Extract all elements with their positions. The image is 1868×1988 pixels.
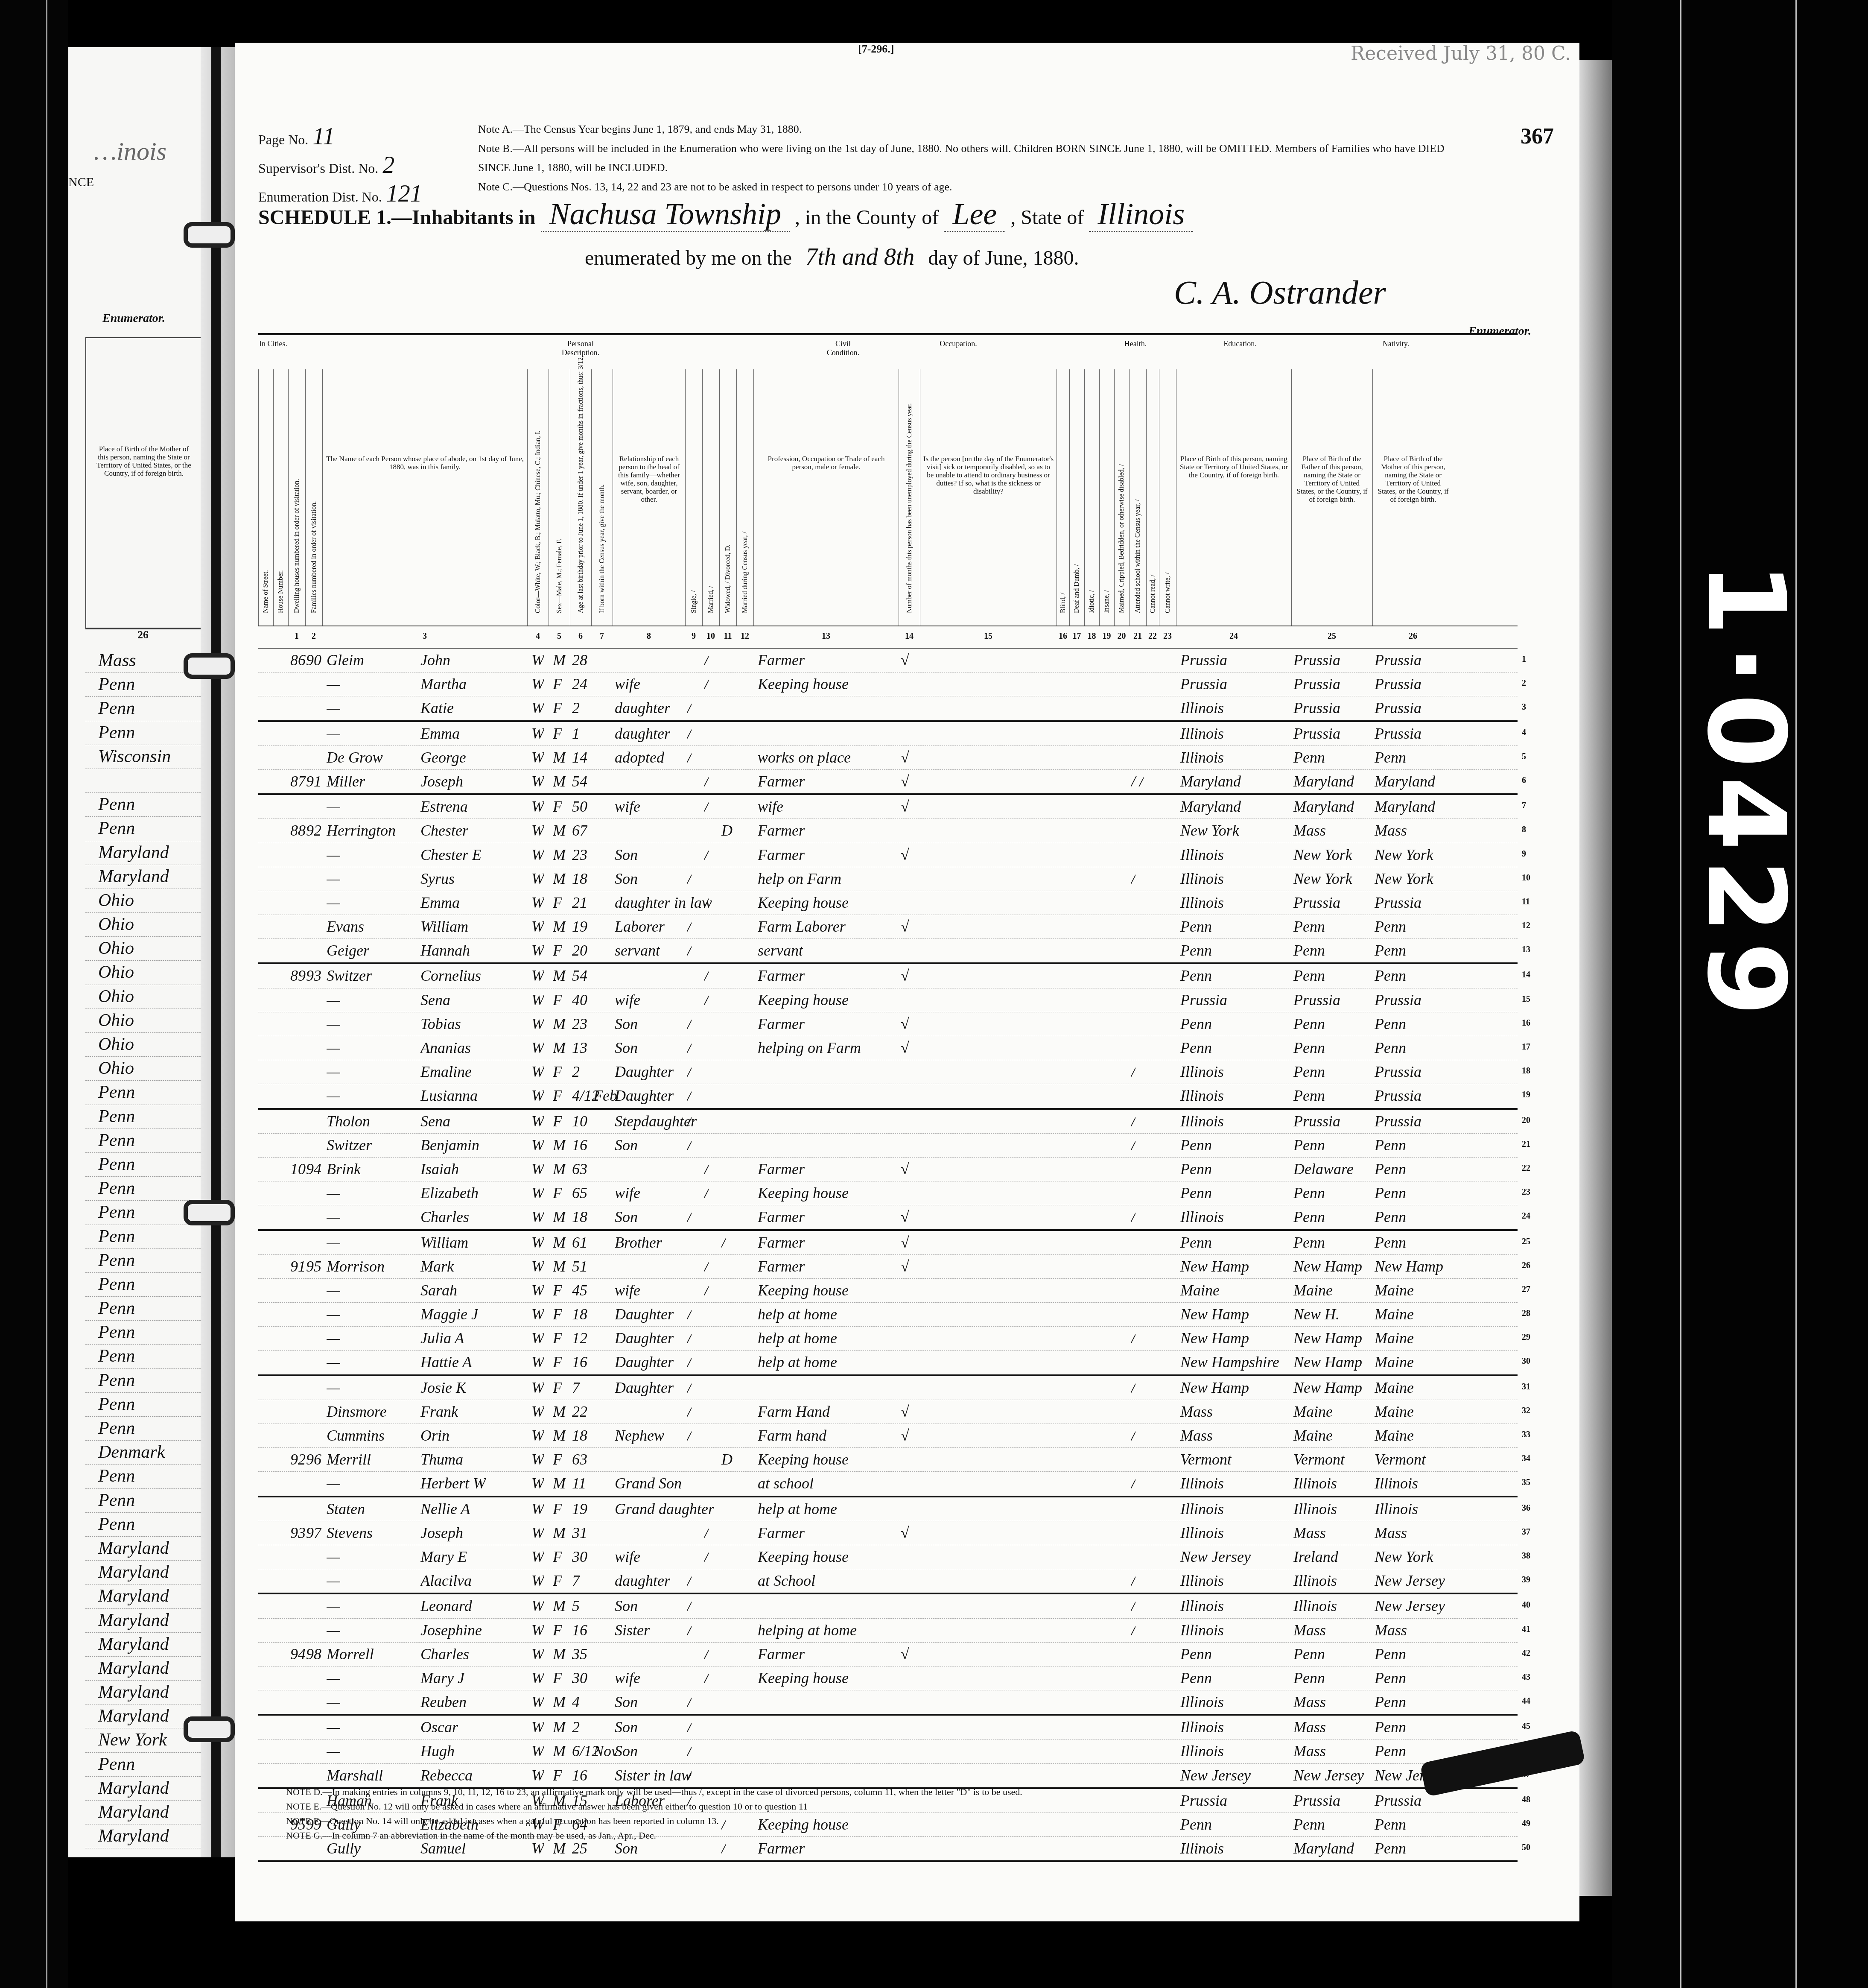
occupation: servant — [758, 941, 803, 959]
civil-condition-mark: / — [687, 1427, 692, 1444]
birthplace: New Hampshire — [1180, 1353, 1279, 1371]
surname: Gleim — [327, 651, 364, 669]
age: 61 — [572, 1234, 587, 1251]
age: 30 — [572, 1548, 587, 1566]
stub-mother-birthplace: Penn — [85, 697, 201, 721]
family-number: 90 — [306, 651, 321, 669]
given-name: Emaline — [420, 1063, 472, 1081]
mother-birthplace: Penn — [1375, 1136, 1406, 1154]
relationship: Sister in law — [615, 1766, 692, 1784]
given-name: Syrus — [420, 870, 455, 888]
dwelling-number: 94 — [290, 1645, 306, 1663]
family-number: 93 — [306, 967, 321, 985]
column-number: 5 — [549, 631, 570, 641]
mother-birthplace: Prussia — [1375, 1087, 1421, 1105]
birthplace: Illinois — [1180, 725, 1224, 743]
family-number: 94 — [306, 1160, 321, 1178]
census-table: In Cities. Personal Description. Civil C… — [258, 333, 1518, 1862]
stub-mother-birthplace: Penn — [85, 1129, 201, 1153]
stub-mother-birthplace: Maryland — [85, 1777, 201, 1801]
table-row: 8690GleimJohnWM28Farmer√PrussiaPrussiaPr… — [258, 649, 1518, 672]
relationship: daughter — [615, 699, 670, 717]
column-number: 19 — [1099, 631, 1114, 641]
column-number: 8 — [613, 631, 685, 641]
father-birthplace: Penn — [1293, 1184, 1325, 1202]
father-birthplace: Mass — [1293, 1621, 1326, 1639]
given-name: Martha — [420, 675, 467, 693]
civil-condition-mark: / — [687, 1742, 692, 1760]
age: 10 — [572, 1112, 587, 1130]
table-row: —WilliamWM61BrotherFarmer√PennPennPenn/2… — [258, 1231, 1518, 1255]
father-birthplace: Illinois — [1293, 1500, 1337, 1518]
relationship: wife — [615, 1669, 640, 1687]
line-number: 35 — [1522, 1478, 1530, 1488]
sex: F — [553, 1112, 562, 1130]
column-number: 3 — [322, 631, 527, 641]
stub-mother-birthplace: Penn — [85, 1417, 201, 1441]
sex: M — [553, 748, 566, 766]
age: 18 — [572, 870, 587, 888]
sex: M — [553, 1234, 566, 1251]
birthplace: Penn — [1180, 1234, 1212, 1251]
age: 18 — [572, 1427, 587, 1444]
father-birthplace: Prussia — [1293, 651, 1340, 669]
given-name: Emma — [420, 894, 460, 912]
surname: — — [327, 1184, 340, 1202]
stub-mother-birthplace: Penn — [85, 1081, 201, 1105]
given-name: Ananias — [420, 1039, 471, 1057]
birthplace: Penn — [1180, 1160, 1212, 1178]
occupation: works on place — [758, 748, 851, 766]
civil-condition-mark: / — [687, 1621, 692, 1639]
microfilm-left-margin — [0, 0, 68, 1988]
sex: F — [553, 894, 562, 912]
sex: M — [553, 846, 566, 864]
months-unemployed: √ — [901, 1427, 909, 1444]
note-g: NOTE G.—In column 7 an abbreviation in t… — [286, 1828, 1022, 1843]
stub-mother-birthplace: Penn — [85, 1225, 201, 1249]
father-birthplace: Penn — [1293, 1015, 1325, 1033]
sex: F — [553, 1621, 562, 1639]
column-number: 12 — [736, 631, 753, 641]
father-birthplace: New Hamp — [1293, 1379, 1362, 1397]
given-name: Hannah — [420, 941, 470, 959]
color: W — [531, 1669, 544, 1687]
occupation: help on Farm — [758, 870, 841, 888]
occupation: help at home — [758, 1329, 837, 1347]
family-number: 97 — [306, 1524, 321, 1542]
occupation: Farm Laborer — [758, 918, 846, 936]
occupation: Keeping house — [758, 894, 849, 912]
birthplace: Prussia — [1180, 675, 1227, 693]
civil-condition-mark: / — [704, 967, 709, 985]
birthplace: Prussia — [1180, 651, 1227, 669]
father-birthplace: Penn — [1293, 1816, 1325, 1833]
stub-column-header: Place of Birth of the Mother of this per… — [85, 337, 201, 629]
enumerated-suffix: day of June, 1880. — [928, 247, 1079, 269]
table-row: —LeonardWM5Son/IllinoisIllinoisNew Jerse… — [258, 1594, 1518, 1618]
given-name: Frank — [420, 1403, 458, 1421]
relationship: Daughter — [615, 1379, 674, 1397]
stub-mother-birthplace: Penn — [85, 1273, 201, 1297]
father-birthplace: Penn — [1293, 748, 1325, 766]
mother-birthplace: Penn — [1375, 1669, 1406, 1687]
line-number: 49 — [1522, 1819, 1530, 1829]
relationship: adopted — [615, 748, 664, 766]
color: W — [531, 1160, 544, 1178]
surname: — — [327, 1234, 340, 1251]
state-value: Illinois — [1089, 197, 1193, 232]
surname: — — [327, 1015, 340, 1033]
family-number: 96 — [306, 1450, 321, 1468]
table-row: —JosephineWF16Sisterhelping at home/Illi… — [258, 1619, 1518, 1643]
given-name: George — [420, 748, 466, 766]
stub-mother-birthplace: Ohio — [85, 889, 201, 913]
table-row: SwitzerBenjaminWM16Son/PennPennPenn/21 — [258, 1134, 1518, 1158]
mother-birthplace: Penn — [1375, 1039, 1406, 1057]
table-row: —TobiasWM23SonFarmer√PennPennPenn/16 — [258, 1012, 1518, 1036]
given-name: Tobias — [420, 1015, 461, 1033]
column-header: Blind, / — [1057, 369, 1069, 626]
surname: — — [327, 1281, 340, 1299]
civil-condition-mark: / — [687, 748, 692, 766]
given-name: Julia A — [420, 1329, 464, 1347]
civil-condition-mark: / — [704, 846, 709, 864]
column-number: 14 — [899, 631, 920, 641]
column-number: 13 — [753, 631, 899, 641]
surname: — — [327, 1742, 340, 1760]
age: 67 — [572, 822, 587, 839]
civil-condition-mark: / — [704, 1257, 709, 1275]
stub-mother-birthplace: Penn — [85, 1249, 201, 1273]
father-birthplace: Maryland — [1293, 772, 1354, 790]
column-header: Widowed, / Divorced, D. — [719, 369, 736, 626]
age: 54 — [572, 967, 587, 985]
father-birthplace: Prussia — [1293, 675, 1340, 693]
surname: — — [327, 798, 340, 816]
color: W — [531, 1379, 544, 1397]
birthplace: Penn — [1180, 967, 1212, 985]
mother-birthplace: New Jersey — [1375, 1597, 1445, 1615]
civil-condition-mark: / — [704, 1281, 709, 1299]
line-number: 34 — [1522, 1454, 1530, 1464]
mother-birthplace: New York — [1375, 846, 1433, 864]
civil-condition-mark: / — [704, 1645, 709, 1663]
column-number: 25 — [1291, 631, 1372, 641]
mother-birthplace: New York — [1375, 870, 1433, 888]
father-birthplace: Prussia — [1293, 699, 1340, 717]
mother-birthplace: Mass — [1375, 1524, 1407, 1542]
footer-notes: NOTE D.—In making entries in columns 9, … — [286, 1785, 1022, 1843]
sex: F — [553, 941, 562, 959]
surname: — — [327, 1597, 340, 1615]
color: W — [531, 1329, 544, 1347]
table-row: —Mary JWF30wifeKeeping housePennPennPenn… — [258, 1666, 1518, 1690]
father-birthplace: Penn — [1293, 967, 1325, 985]
sex: M — [553, 870, 566, 888]
relationship: Son — [615, 870, 638, 888]
surname: Evans — [327, 918, 364, 936]
surname: — — [327, 1353, 340, 1371]
table-row: —SarahWF45wifeKeeping houseMaineMaineMai… — [258, 1279, 1518, 1303]
birthplace: Penn — [1180, 1015, 1212, 1033]
father-birthplace: Mass — [1293, 1718, 1326, 1736]
mother-birthplace: Penn — [1375, 1208, 1406, 1226]
group-health: Health. — [1061, 339, 1210, 348]
schedule-label: SCHEDULE 1.—Inhabitants in — [258, 206, 536, 229]
birthplace: Illinois — [1180, 1500, 1224, 1518]
color: W — [531, 1766, 544, 1784]
table-row: —Mary EWF30wifeKeeping houseNew JerseyIr… — [258, 1545, 1518, 1569]
color: W — [531, 651, 544, 669]
sex: M — [553, 1693, 566, 1711]
civil-condition-mark: / — [704, 798, 709, 816]
stub-mother-birthplace: Penn — [85, 1105, 201, 1129]
state-label: , State of — [1010, 206, 1084, 229]
civil-condition-mark: / — [704, 651, 709, 669]
table-row: GeigerHannahWF20servantservantPennPennPe… — [258, 939, 1518, 964]
occupation: Keeping house — [758, 675, 849, 693]
column-header: House Number. — [273, 369, 288, 626]
relationship: Laborer — [615, 918, 665, 936]
mother-birthplace: Penn — [1375, 1816, 1406, 1833]
given-name: Hattie A — [420, 1353, 472, 1371]
sex: M — [553, 1718, 566, 1736]
father-birthplace: Penn — [1293, 1208, 1325, 1226]
age: 21 — [572, 894, 587, 912]
occupation: help at home — [758, 1353, 837, 1371]
table-row: —Julia AWF12Daughterhelp at home/New Ham… — [258, 1327, 1518, 1351]
relationship: Sister — [615, 1621, 650, 1639]
color: W — [531, 1087, 544, 1105]
line-number: 39 — [1522, 1575, 1530, 1585]
birthplace: Penn — [1180, 941, 1212, 959]
column-number: 9 — [685, 631, 702, 641]
relationship: Son — [615, 846, 638, 864]
surname: Tholon — [327, 1112, 370, 1130]
relationship: Son — [615, 1742, 638, 1760]
sex: M — [553, 1136, 566, 1154]
line-number: 25 — [1522, 1237, 1530, 1247]
page-stamp-number: 367 — [1521, 124, 1554, 149]
group-in-cities: In Cities. — [258, 339, 288, 348]
civil-condition-mark: / — [704, 772, 709, 790]
attended-school: / — [1131, 1208, 1135, 1226]
age: 2 — [572, 1718, 580, 1736]
mother-birthplace: Penn — [1375, 1160, 1406, 1178]
months-unemployed: √ — [901, 918, 909, 936]
surname: Brink — [327, 1160, 361, 1178]
group-occupation: Occupation. — [869, 339, 1048, 348]
column-header: Place of Birth of this person, naming St… — [1176, 369, 1291, 626]
line-number: 28 — [1522, 1309, 1530, 1319]
column-header: Idiotic, / — [1084, 369, 1099, 626]
birthplace: Illinois — [1180, 1087, 1224, 1105]
given-name: Josie K — [420, 1379, 466, 1397]
line-number: 37 — [1522, 1527, 1530, 1537]
binder-ring — [184, 222, 235, 248]
sex: M — [553, 1039, 566, 1057]
sex: F — [553, 1329, 562, 1347]
microfilm-right-margin: 1·0429 — [1612, 0, 1868, 1988]
mother-birthplace: Prussia — [1375, 1112, 1421, 1130]
mother-birthplace: Mass — [1375, 822, 1407, 839]
line-number: 11 — [1522, 897, 1530, 907]
relationship: daughter — [615, 725, 670, 743]
table-row: —LusiannaWF4/12FebDaughterIllinoisPennPr… — [258, 1084, 1518, 1109]
given-name: Oscar — [420, 1718, 458, 1736]
sex: M — [553, 1160, 566, 1178]
surname: Stevens — [327, 1524, 373, 1542]
stub-mother-birthplace: Penn — [85, 1489, 201, 1513]
civil-condition-mark: / — [687, 1379, 692, 1397]
occupation: Farmer — [758, 1208, 805, 1226]
line-number: 12 — [1522, 921, 1530, 931]
surname: — — [327, 870, 340, 888]
birthplace: Prussia — [1180, 1792, 1227, 1810]
table-row: TholonSenaWF10Stepdaughter/IllinoisPruss… — [258, 1110, 1518, 1134]
table-row: 8993SwitzerCorneliusWM54Farmer√PennPennP… — [258, 964, 1518, 988]
dwelling-number: 86 — [290, 651, 306, 669]
father-birthplace: New York — [1293, 870, 1352, 888]
mother-birthplace: Maryland — [1375, 798, 1435, 816]
age: 45 — [572, 1281, 587, 1299]
sex: F — [553, 1450, 562, 1468]
occupation: Farmer — [758, 822, 805, 839]
table-row: 8892HerringtonChesterWM67FarmerNew YorkM… — [258, 819, 1518, 843]
note-b: Note B.—All persons will be included in … — [478, 139, 1460, 177]
color: W — [531, 822, 544, 839]
sex: M — [553, 1597, 566, 1615]
civil-condition-mark: / — [687, 1572, 692, 1590]
color: W — [531, 894, 544, 912]
table-row: DinsmoreFrankWM22Farm Hand√MassMaineMain… — [258, 1400, 1518, 1424]
column-header: Relationship of each person to the head … — [613, 369, 685, 626]
father-birthplace: Penn — [1293, 1645, 1325, 1663]
stub-enumerator-label: Enumerator. — [102, 312, 165, 325]
birthplace: Penn — [1180, 1669, 1212, 1687]
mother-birthplace: Mass — [1375, 1621, 1407, 1639]
given-name: Sarah — [420, 1281, 457, 1299]
column-number: 26 — [1372, 631, 1454, 641]
age: 23 — [572, 1015, 587, 1033]
mother-birthplace: New Hamp — [1375, 1257, 1443, 1275]
column-header: Name of Street. — [258, 369, 273, 626]
mother-birthplace: Maine — [1375, 1305, 1414, 1323]
line-number: 15 — [1522, 994, 1530, 1004]
civil-condition-mark: / — [687, 1112, 692, 1130]
mother-birthplace: New Jersey — [1375, 1572, 1445, 1590]
sex: F — [553, 1500, 562, 1518]
age: 24 — [572, 675, 587, 693]
sex: F — [553, 1353, 562, 1371]
occupation: help at home — [758, 1500, 837, 1518]
civil-condition-mark: / — [687, 725, 692, 743]
age: 16 — [572, 1766, 587, 1784]
color: W — [531, 967, 544, 985]
months-unemployed: √ — [901, 1160, 909, 1178]
line-number: 27 — [1522, 1285, 1530, 1295]
color: W — [531, 918, 544, 936]
given-name: Rebecca — [420, 1766, 473, 1784]
father-birthplace: New Hamp — [1293, 1329, 1362, 1347]
months-unemployed: √ — [901, 748, 909, 766]
age: 16 — [572, 1136, 587, 1154]
column-header: Is the person [on the day of the Enumera… — [920, 369, 1057, 626]
mother-birthplace: Penn — [1375, 1184, 1406, 1202]
line-number: 40 — [1522, 1600, 1530, 1610]
surname: Geiger — [327, 941, 369, 959]
relationship: servant — [615, 941, 660, 959]
column-number: 6 — [570, 631, 591, 641]
dwelling-number: 87 — [290, 772, 306, 790]
mother-birthplace: Maine — [1375, 1379, 1414, 1397]
father-birthplace: Maryland — [1293, 798, 1354, 816]
given-name: Cornelius — [420, 967, 481, 985]
sex: F — [553, 1669, 562, 1687]
stub-fragment-text: NCE — [68, 175, 94, 190]
surname: — — [327, 1718, 340, 1736]
occupation: Keeping house — [758, 1450, 849, 1468]
color: W — [531, 1112, 544, 1130]
sex: F — [553, 991, 562, 1009]
birthplace: Maine — [1180, 1281, 1220, 1299]
given-name: Sena — [420, 1112, 450, 1130]
line-number: 16 — [1522, 1018, 1530, 1028]
given-name: Maggie J — [420, 1305, 478, 1323]
line-number: 43 — [1522, 1672, 1530, 1682]
given-name: Mark — [420, 1257, 454, 1275]
stub-mother-birthplace: Maryland — [85, 1824, 201, 1848]
civil-condition-mark: / — [687, 1329, 692, 1347]
birthplace: Vermont — [1180, 1450, 1232, 1468]
binder-ring — [184, 1200, 235, 1225]
mother-birthplace: Prussia — [1375, 991, 1421, 1009]
county-label: , in the County of — [795, 206, 939, 229]
line-number: 48 — [1522, 1795, 1530, 1805]
enumeration-date-line: enumerated by me on the 7th and 8th day … — [585, 243, 1079, 271]
relationship: Son — [615, 1597, 638, 1615]
given-name: Chester — [420, 822, 468, 839]
column-header: Families numbered in order of visitation… — [305, 369, 322, 626]
age: 14 — [572, 748, 587, 766]
given-name: Mary J — [420, 1669, 464, 1687]
surname: — — [327, 846, 340, 864]
given-name: Thuma — [420, 1450, 463, 1468]
column-number: 10 — [702, 631, 719, 641]
surname: — — [327, 1063, 340, 1081]
occupation: Farmer — [758, 1524, 805, 1542]
attended-school: / — [1131, 1136, 1135, 1154]
family-number: 92 — [306, 822, 321, 839]
color: W — [531, 1281, 544, 1299]
line-number: 22 — [1522, 1164, 1530, 1173]
age: 20 — [572, 941, 587, 959]
relationship: Daughter — [615, 1087, 674, 1105]
table-row: —EmmaWF1daughterIllinoisPrussiaPrussia/4 — [258, 722, 1518, 746]
sex: F — [553, 798, 562, 816]
mother-birthplace: Penn — [1375, 1742, 1406, 1760]
surname: — — [327, 1548, 340, 1566]
stub-mother-birthplace: Maryland — [85, 1609, 201, 1633]
family-number: 91 — [306, 772, 321, 790]
father-birthplace: Ireland — [1293, 1548, 1338, 1566]
column-header: Place of Birth of the Father of this per… — [1291, 369, 1372, 626]
given-name: Emma — [420, 725, 460, 743]
stub-mother-birthplace: Penn — [85, 1393, 201, 1417]
sex: F — [553, 1184, 562, 1202]
birthplace: Illinois — [1180, 1621, 1224, 1639]
